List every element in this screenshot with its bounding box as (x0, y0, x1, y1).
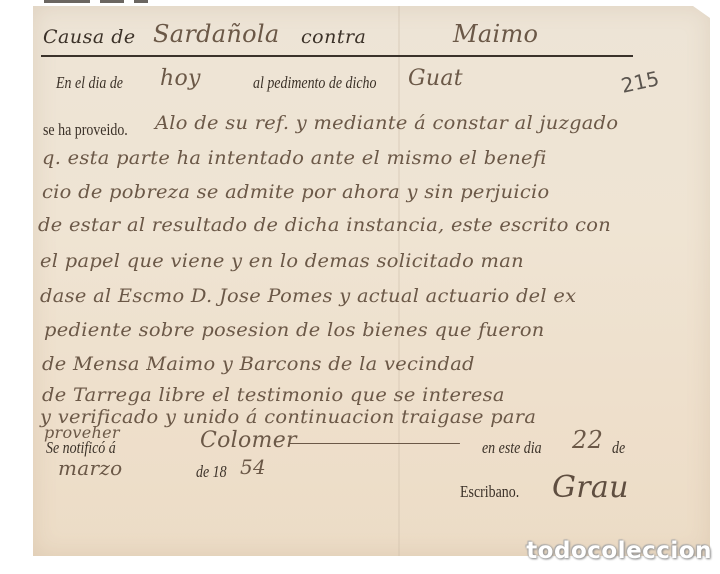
body-line-2: q. esta parte ha intentado ante el mismo… (42, 147, 547, 169)
printed-de: de (612, 438, 625, 458)
title-defendant-handwritten: Maimo (453, 20, 538, 48)
printed-se-notifico: Se notificó á (46, 438, 116, 458)
body-line-8: de Mensa Maimo y Barcons de la vecindad (42, 353, 475, 375)
title-printed-contra: contra (301, 26, 366, 48)
body-line-9: de Tarrega libre el testimonio que se in… (42, 384, 505, 406)
body-line-4: de estar al resultado de dicha instancia… (38, 214, 611, 236)
todocoleccion-watermark: todocoleccion (526, 538, 712, 564)
handwritten-notified-person: Colomer (200, 428, 297, 453)
body-line-1: Alo de su ref. y mediante á constar al j… (155, 112, 618, 134)
printed-al-pedimento: al pedimento de dicho (253, 73, 376, 93)
handwritten-petitioner: Guat (408, 66, 463, 91)
printed-year-prefix: de 18 (196, 462, 227, 482)
pencil-catalog-number: 215 (619, 66, 661, 97)
clerk-signature: Grau (552, 470, 629, 505)
handwritten-notification-day: 22 (572, 426, 603, 454)
body-line-6: dase al Escmo D. Jose Pomes y actual act… (40, 285, 576, 307)
printed-escribano: Escribano. (460, 482, 519, 502)
printed-se-ha-proveido: se ha proveido. (43, 120, 128, 140)
handwritten-year-suffix: 54 (240, 455, 266, 479)
body-line-3: cio de pobreza se admite por ahora y sin… (42, 181, 550, 203)
paper-fold-line (398, 6, 400, 556)
header-rule (41, 55, 633, 57)
previous-page-edge (44, 0, 164, 4)
title-plaintiff-handwritten: Sardañola (153, 20, 280, 48)
handwritten-flourish-line (290, 443, 460, 445)
handwritten-month: marzo (58, 456, 123, 480)
scan-canvas: Causa de Sardañola contra Maimo 215 En e… (0, 0, 720, 574)
body-line-7: pediente sobre posesion de los bienes qu… (44, 319, 545, 341)
handwritten-day: hoy (160, 66, 201, 91)
title-printed-causa: Causa de (43, 26, 136, 48)
body-line-5: el papel que viene y en lo demas solicit… (40, 250, 524, 272)
printed-en-este-dia: en este dia (482, 438, 542, 458)
printed-en-el-dia-de: En el dia de (56, 73, 123, 93)
